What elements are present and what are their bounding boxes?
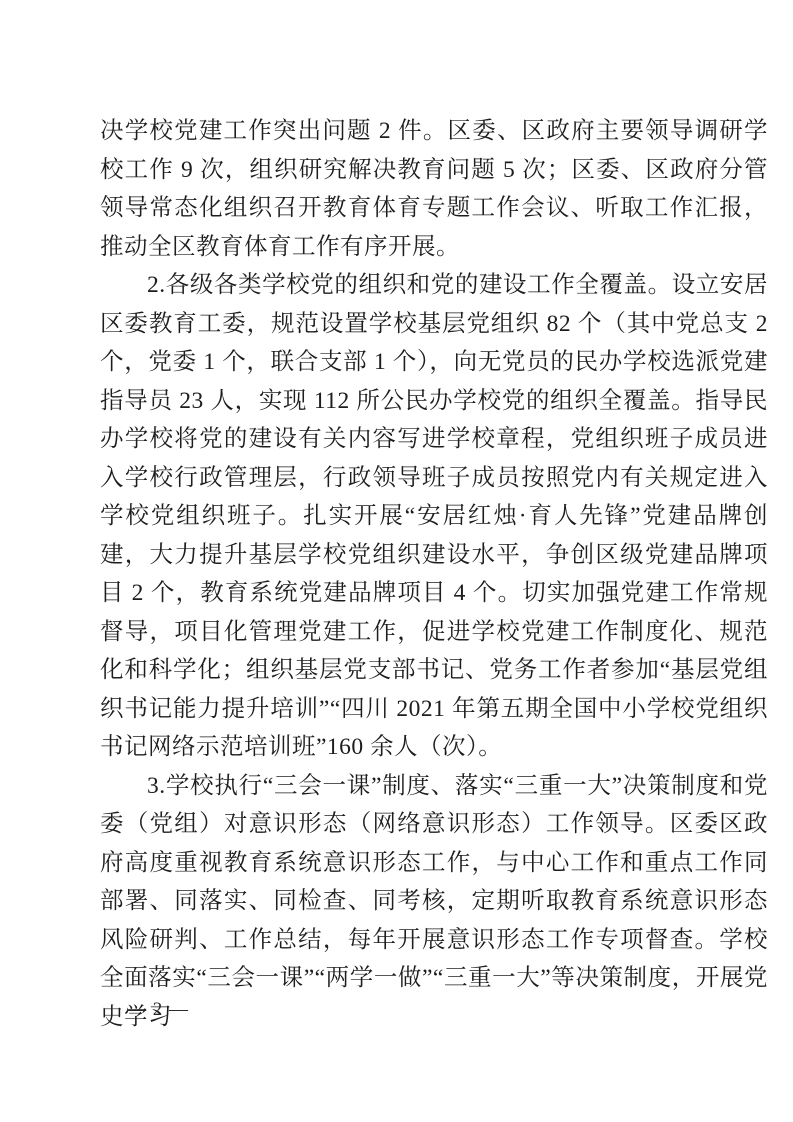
paragraph-2: 2.各级各类学校党的组织和党的建设工作全覆盖。设立安居区委教育工委，规范设置学校…: [100, 266, 768, 767]
paragraph-3: 3.学校执行“三会一课”制度、落实“三重一大”决策制度和党委（党组）对意识形态（…: [100, 767, 768, 1037]
page-number: — 2 —: [127, 998, 189, 1022]
document-page: 决学校党建工作突出问题 2 件。区委、区政府主要领导调研学校工作 9 次，组织研…: [0, 0, 793, 1122]
paragraph-1: 决学校党建工作突出问题 2 件。区委、区政府主要领导调研学校工作 9 次，组织研…: [100, 112, 768, 266]
document-body: 决学校党建工作突出问题 2 件。区委、区政府主要领导调研学校工作 9 次，组织研…: [100, 112, 768, 1036]
